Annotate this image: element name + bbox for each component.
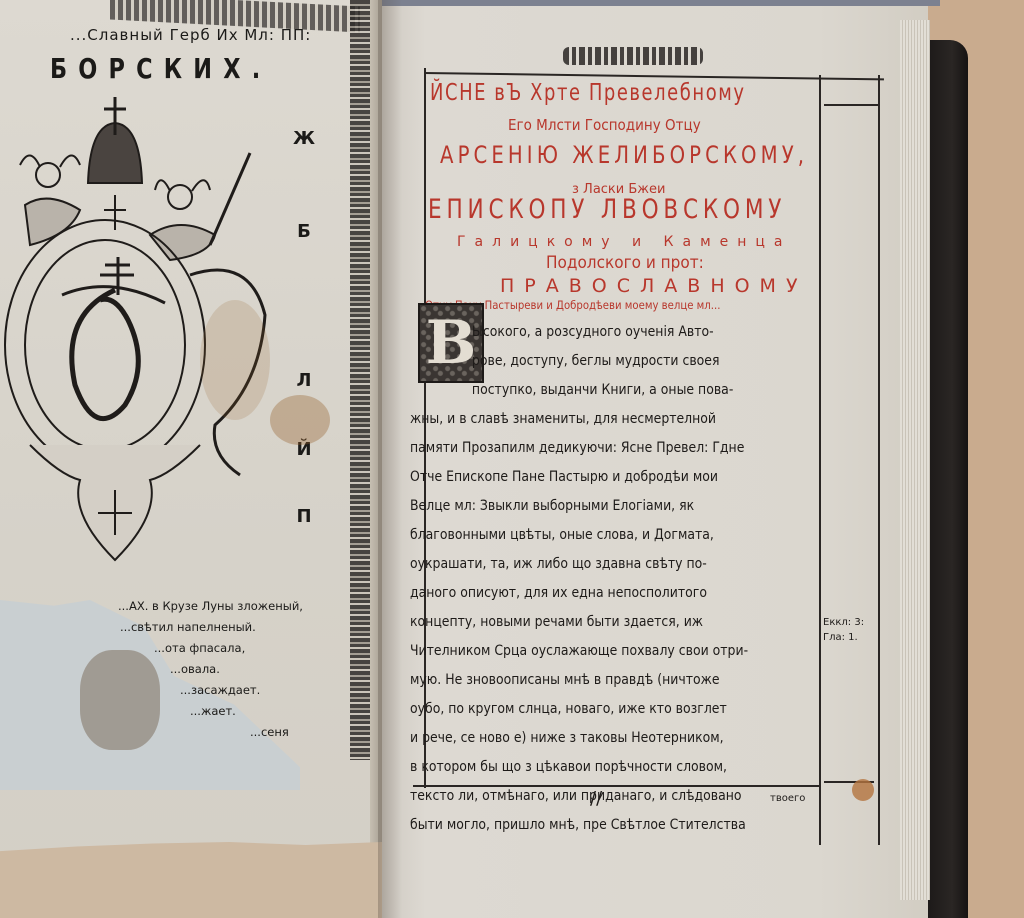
text-line: Велце мл: Звыкли выборными Елогіами, як: [410, 492, 763, 521]
acrostic-letter: Б: [292, 221, 316, 242]
acrostic-letter: Ж: [292, 128, 316, 149]
text-line: оубо, по кругом слнца, новаго, иже кто в…: [410, 695, 763, 724]
gutter-shadow: [378, 0, 402, 918]
dedication-line: ЕПИСКОПУ ЛВОВСКОМУ: [428, 194, 786, 225]
text-line: жны, и в славѣ знамениты, для несмертелн…: [410, 405, 763, 434]
text-line: тексто ли, отмѣнаго, или приданаго, и сл…: [410, 782, 763, 811]
text-line: мую. Не зновоописаны мнѣ в правдѣ (ничто…: [410, 666, 763, 695]
verse-line: ...свѣтил напелненый.: [100, 617, 360, 638]
dedication-line: Подолского и прот:: [546, 253, 704, 273]
left-page: ...Славный Герб Их Мл: ПП: БОРСКИХ.: [0, 0, 382, 918]
dedication-line: ПРАВОСЛАВНОМУ: [500, 275, 808, 297]
marginal-line: Еккл: 3:: [823, 615, 864, 630]
ornamental-headpiece: [563, 47, 703, 65]
dedication-line: АРСЕНІЮ ЖЕЛИБОРСКОМУ,: [440, 141, 808, 169]
verse-line: ...АХ. в Крузе Луны зложеный,: [100, 596, 360, 617]
acrostic-letter: П: [292, 506, 316, 527]
acrostic-letter: Л: [292, 370, 316, 391]
text-line: Чителником Срца оуслажающе похвалу свои …: [410, 637, 763, 666]
water-stain: [200, 300, 270, 420]
marginal-line: Гла: 1.: [823, 630, 864, 645]
marginal-reference: Еккл: 3: Гла: 1.: [823, 615, 864, 645]
left-page-title-line2: БОРСКИХ.: [50, 52, 271, 85]
frame-rule-margin-top: [824, 104, 880, 106]
catchword: твоего: [770, 793, 805, 804]
text-line: в котором бы що з цѣкавои порѣчности сло…: [410, 753, 763, 782]
text-line: рове, доступу, беглы мудрости своея: [410, 347, 763, 376]
text-line: памяти Прозапилм дедикуючи: Ясне Превел:…: [410, 434, 763, 463]
text-line: оукрашати, та, иж либо що здавна свѣту п…: [410, 550, 763, 579]
text-line: Ысокого, а розсудного оученія Авто-: [410, 318, 763, 347]
signature-mark: //: [590, 788, 602, 809]
verse-line: ...ота фпасала,: [100, 638, 360, 659]
torn-page-bottom: [0, 842, 382, 918]
text-line: поступко, выданчи Книги, а оные пова-: [410, 376, 763, 405]
rust-stain: [852, 779, 874, 801]
text-line: Отче Епископе Пане Пастырю и добродѣи мо…: [410, 463, 763, 492]
water-stain: [270, 395, 330, 445]
page-fore-edge: [900, 20, 930, 900]
text-line: и рече, се ново е) ниже з таковы Неотерн…: [410, 724, 763, 753]
vertical-acrostic-letters: Ж Б Л Й П: [292, 128, 316, 527]
frame-rule-outer: [878, 75, 880, 845]
body-text: Ысокого, а розсудного оученія Авто- рове…: [410, 318, 820, 840]
dedication-line: Галицкому и Каменца: [457, 234, 792, 250]
dedication-line: ЙСНЕ вЪ Хрте Превелебному: [430, 80, 746, 106]
book-cover-edge: [928, 40, 968, 918]
left-page-verse: ...АХ. в Крузе Луны зложеный, ...свѣтил …: [100, 596, 360, 743]
verse-line: ...овала.: [100, 659, 360, 680]
verse-line: ...сеня: [100, 722, 360, 743]
text-line: даного описуют, для их една непосполитог…: [410, 579, 763, 608]
verse-line: ...засаждает.: [100, 680, 360, 701]
verse-line: ...жает.: [100, 701, 360, 722]
left-page-title-line1: ...Славный Герб Их Мл: ПП:: [70, 26, 311, 44]
text-line: концепту, новыми речами быти здается, иж: [410, 608, 763, 637]
text-line: быти могло, пришло мнѣ, пре Свѣтлое Стит…: [410, 811, 763, 840]
text-line: благовонными цвѣты, оные слова, и Догмат…: [410, 521, 763, 550]
dedication-line: Его Млсти Господину Отцу: [508, 116, 701, 134]
